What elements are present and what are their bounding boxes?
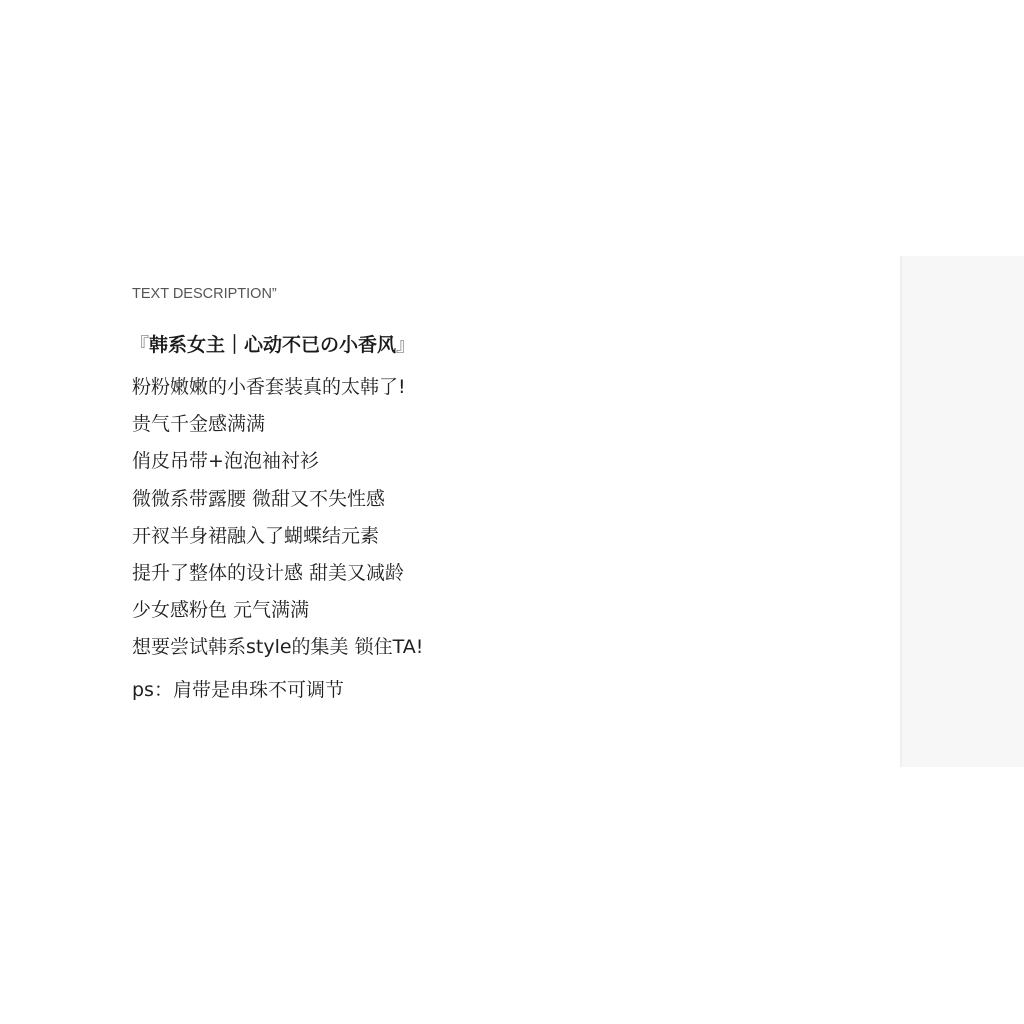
description-line: 粉粉嫩嫩的小香套装真的太韩了! — [132, 369, 732, 406]
description-line: 贵气千金感满满 — [132, 406, 732, 443]
postscript-note: ps：肩带是串珠不可调节 — [132, 675, 732, 705]
description-line: 俏皮吊带+泡泡袖衬衫 — [132, 443, 732, 480]
product-title-text: 韩系女主｜心动不已の小香风 — [149, 334, 396, 356]
description-line: 微微系带露腰 微甜又不失性感 — [132, 481, 732, 518]
product-title: 『韩系女主｜心动不已の小香风』 — [130, 332, 732, 358]
open-bracket: 『 — [130, 334, 149, 356]
section-header: TEXT DESCRIPTION” — [132, 284, 732, 304]
description-line: 提升了整体的设计感 甜美又减龄 — [132, 555, 732, 592]
description-line: 开衩半身裙融入了蝴蝶结元素 — [132, 518, 732, 555]
description-line: 想要尝试韩系style的集美 锁住TA! — [132, 629, 732, 666]
side-panel — [900, 256, 1024, 767]
close-bracket: 』 — [396, 334, 415, 356]
description-line: 少女感粉色 元气满满 — [132, 592, 732, 629]
description-lines: 粉粉嫩嫩的小香套装真的太韩了! 贵气千金感满满 俏皮吊带+泡泡袖衬衫 微微系带露… — [132, 369, 732, 667]
text-description-block: TEXT DESCRIPTION” 『韩系女主｜心动不已の小香风』 粉粉嫩嫩的小… — [132, 284, 732, 705]
